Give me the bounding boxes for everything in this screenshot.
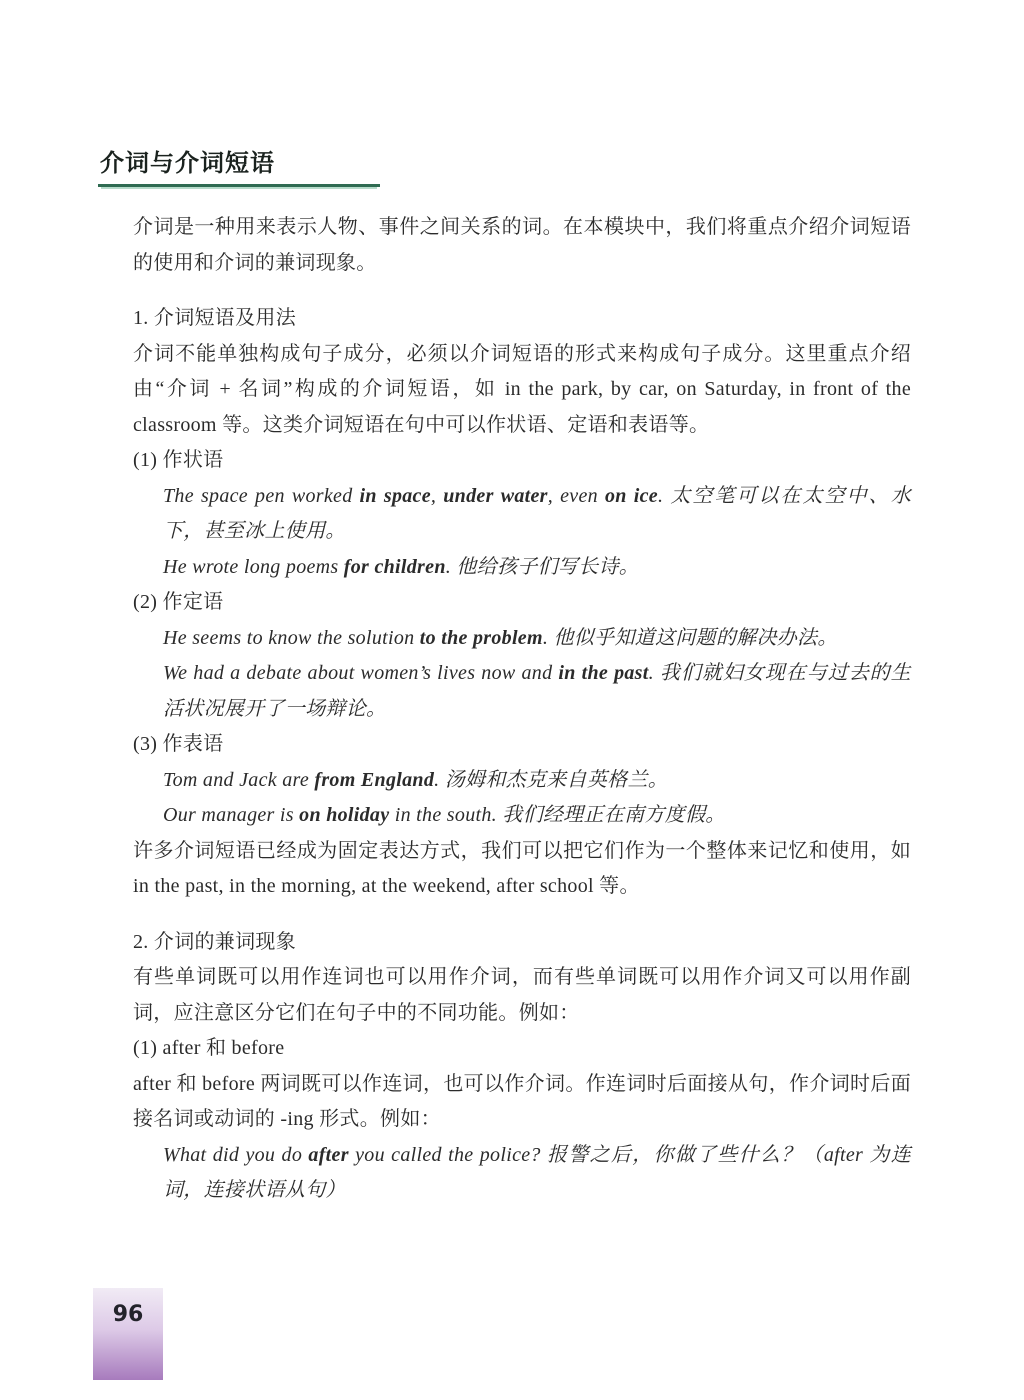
item-label: (2) 作定语	[133, 585, 911, 621]
section-heading: 2. 介词的兼词现象	[133, 925, 911, 961]
paragraph: 许多介词短语已经成为固定表达方式，我们可以把它们作为一个整体来记忆和使用，如 i…	[133, 834, 911, 905]
paragraph: 有些单词既可以用作连词也可以用作介词，而有些单词既可以用作介词又可以用作副词，应…	[133, 960, 911, 1031]
item-label: (3) 作表语	[133, 727, 911, 763]
example-line: We had a debate about women’s lives now …	[133, 656, 911, 727]
item-label: (1) after 和 before	[133, 1031, 911, 1067]
example-line: He seems to know the solution to the pro…	[133, 621, 911, 657]
example-line: He wrote long poems for children. 他给孩子们写…	[133, 550, 911, 586]
example-line: The space pen worked in space, under wat…	[133, 479, 911, 550]
section-title-block: 介词与介词短语	[98, 149, 380, 187]
section-title: 介词与介词短语	[98, 149, 380, 184]
page-number-badge: 96	[93, 1288, 163, 1380]
example-line: What did you do after you called the pol…	[133, 1138, 911, 1209]
paragraph: after 和 before 两词既可以作连词，也可以作介词。作连词时后面接从句…	[133, 1067, 911, 1138]
paragraph: 介词不能单独构成句子成分，必须以介词短语的形式来构成句子成分。这里重点介绍由“介…	[133, 337, 911, 444]
content-blocks: 介词是一种用来表示人物、事件之间关系的词。在本模块中，我们将重点介绍介词短语的使…	[133, 210, 911, 1209]
section-heading: 1. 介词短语及用法	[133, 301, 911, 337]
paragraph: 介词是一种用来表示人物、事件之间关系的词。在本模块中，我们将重点介绍介词短语的使…	[133, 210, 911, 281]
textbook-page: 介词与介词短语 介词是一种用来表示人物、事件之间关系的词。在本模块中，我们将重点…	[0, 0, 1024, 1400]
example-line: Our manager is on holiday in the south. …	[133, 798, 911, 834]
item-label: (1) 作状语	[133, 443, 911, 479]
page-number: 96	[113, 1302, 144, 1327]
example-line: Tom and Jack are from England. 汤姆和杰克来自英格…	[133, 763, 911, 799]
